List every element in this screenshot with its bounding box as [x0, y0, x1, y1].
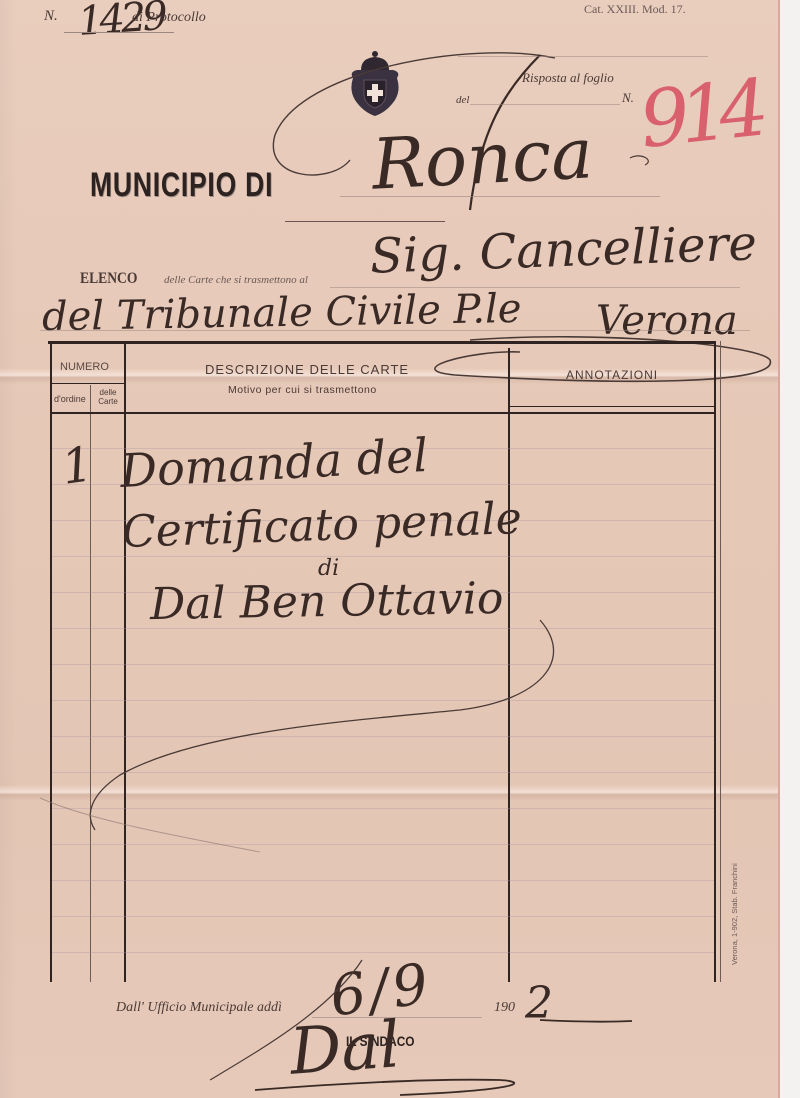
handwriting-flourish [0, 0, 778, 1098]
document-page: N. 1429 di Protocollo Cat. XXIII. Mod. 1… [0, 0, 780, 1098]
mayor-signature-handwritten: Dal [288, 1008, 403, 1089]
